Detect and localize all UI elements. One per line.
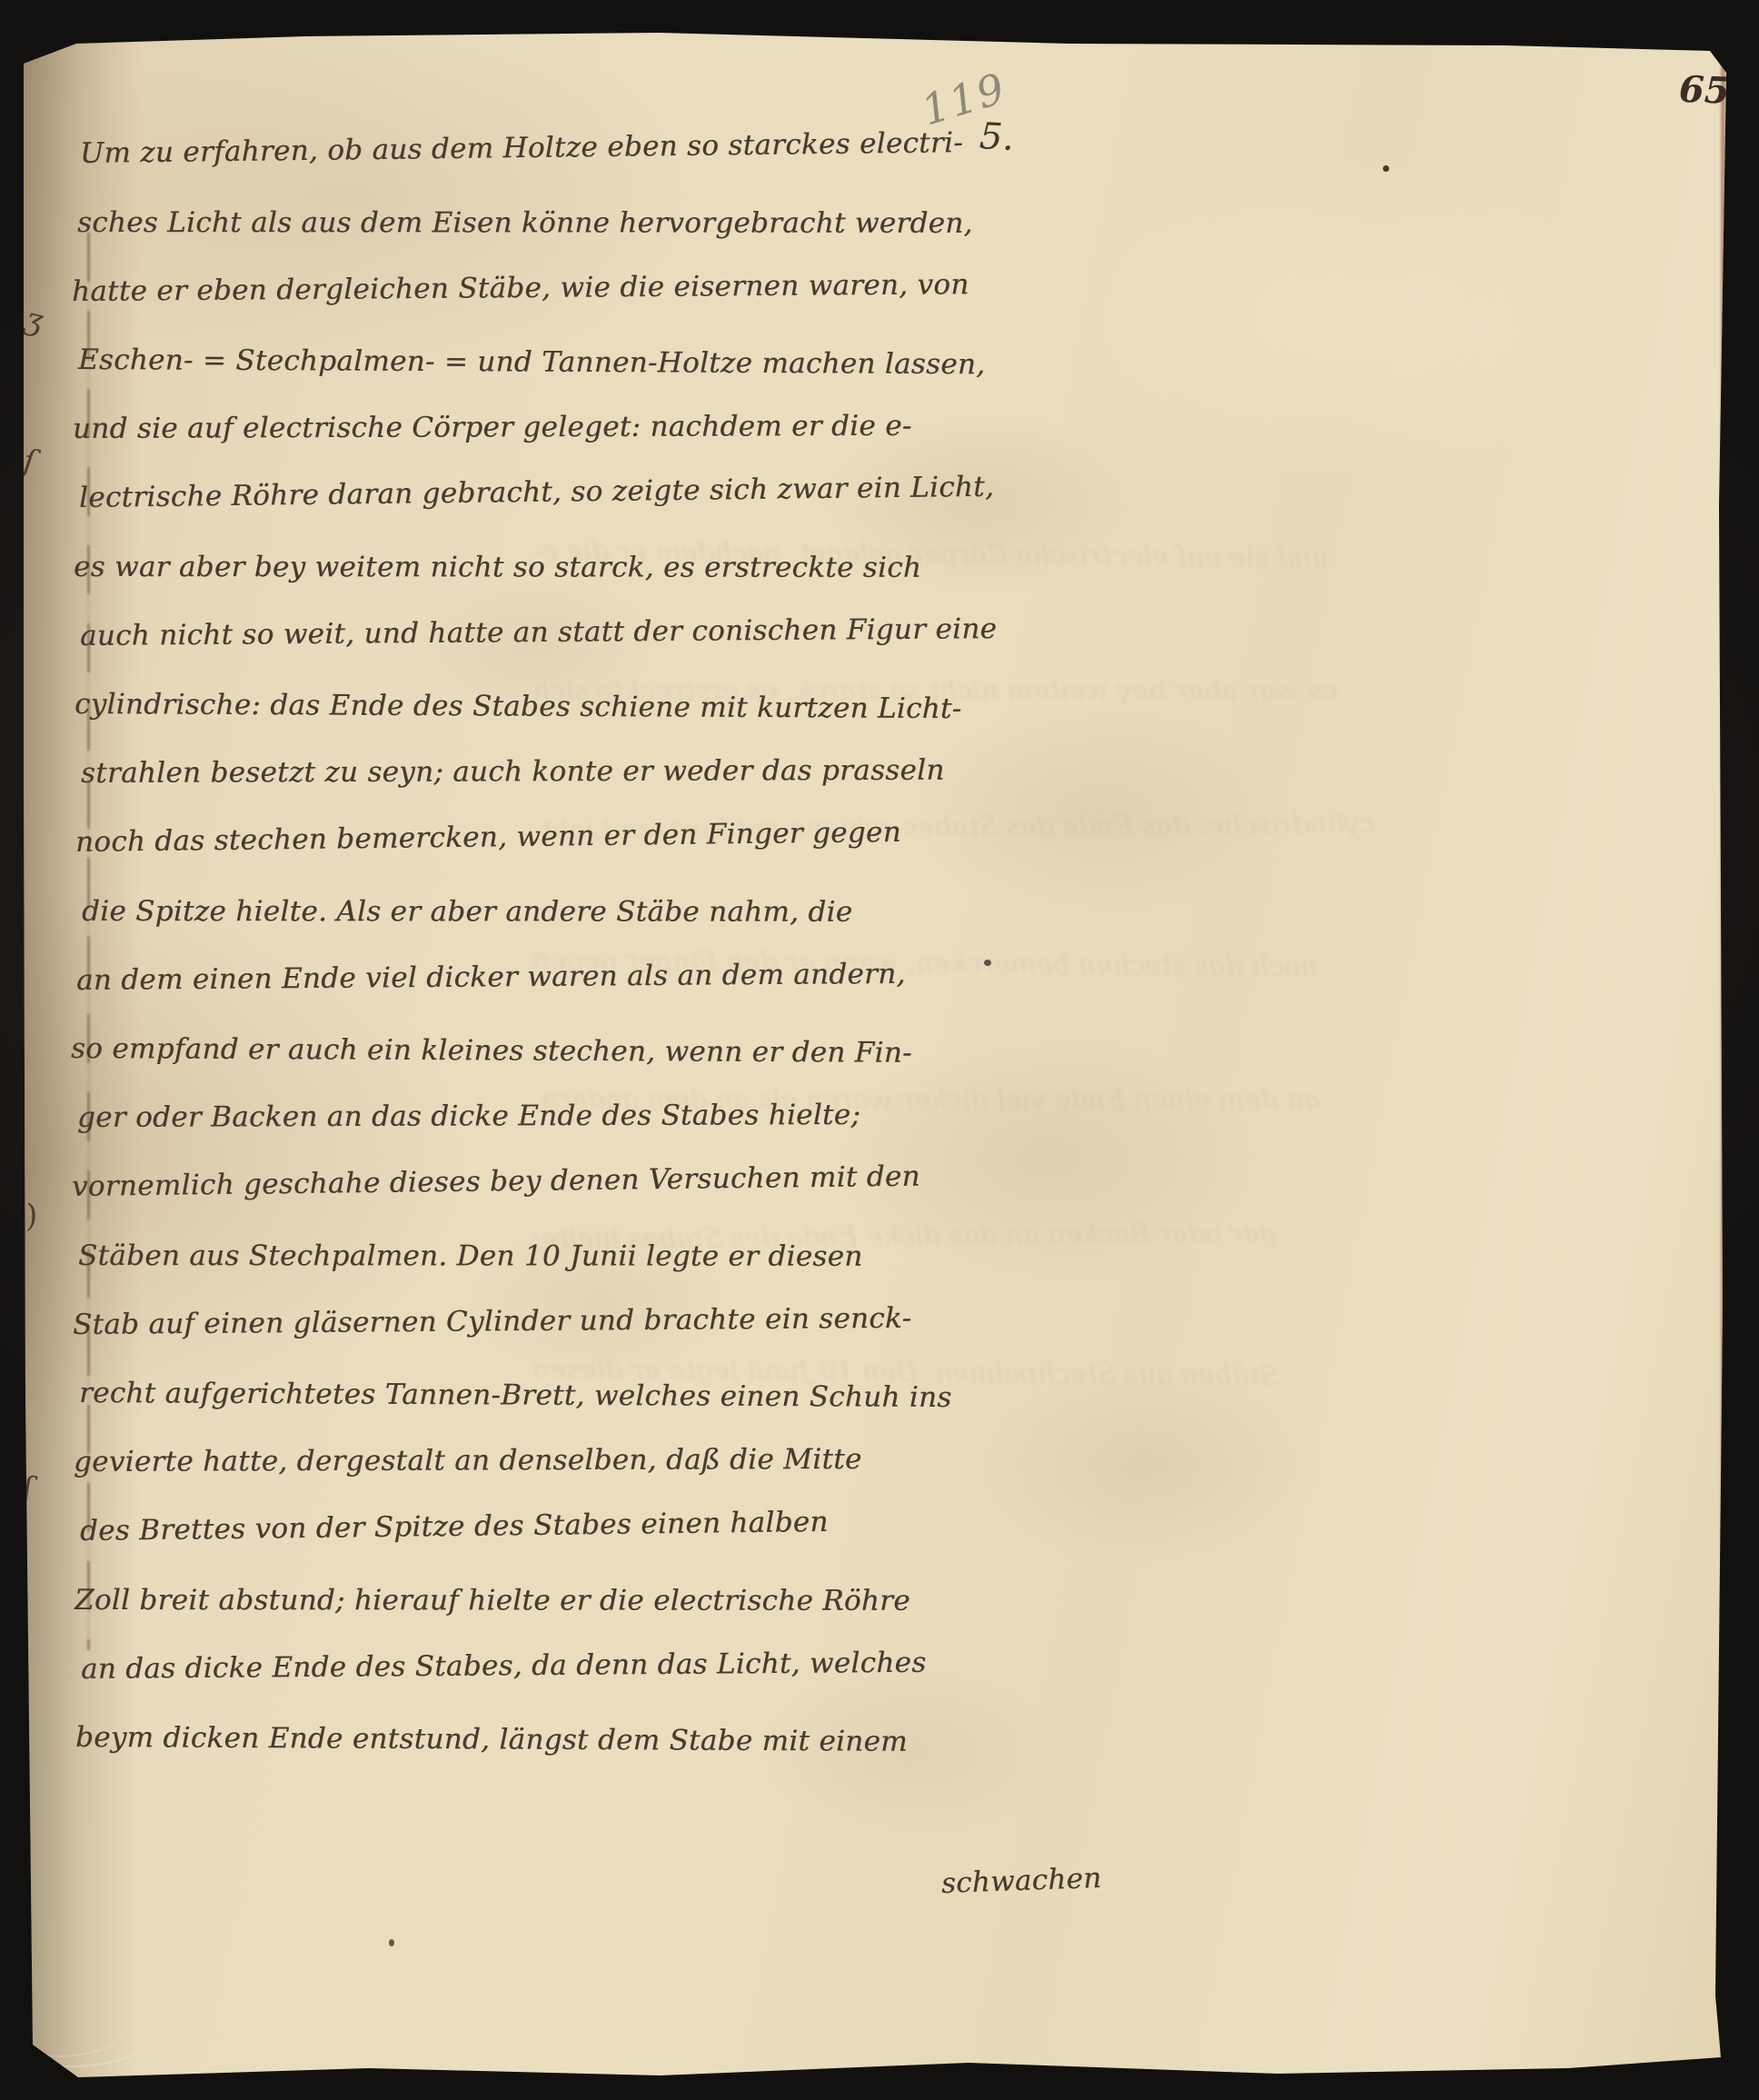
manuscript-line: Um zu erfahren, ob aus dem Holtze eben s… [80, 129, 963, 168]
manuscript-line: und sie auf electrische Cörper geleget: … [73, 413, 912, 443]
manuscript-line: Stab auf einen gläsernen Cylinder und br… [73, 1304, 912, 1339]
manuscript-line: an das dicke Ende des Stabes, da denn da… [81, 1648, 927, 1683]
manuscript-line: vornemlich geschahe dieses bey denen Ver… [72, 1163, 920, 1201]
leaf-edge [27, 2022, 149, 2072]
gutter-ink-mark: ʃ [22, 1470, 34, 1508]
manuscript-line: hatte er eben dergleichen Stäbe, wie die… [72, 271, 969, 306]
manuscript-line: ger oder Backen an das dicke Ende des St… [77, 1101, 860, 1132]
manuscript-line: es war aber bey weitem nicht so starck, … [74, 553, 921, 582]
folio-number: 65. [1678, 68, 1743, 113]
manuscript-line: cylindrische: das Ende des Stabes schien… [75, 691, 962, 723]
manuscript-line: beym dicken Ende entstund, längst dem St… [75, 1724, 908, 1757]
manuscript-line: an dem einen Ende viel dicker waren als … [76, 960, 906, 994]
manuscript-scan: 65. 119 5. und sie auf electrische Cörpe… [0, 0, 1759, 2100]
manuscript-page: 65. 119 5. und sie auf electrische Cörpe… [24, 33, 1726, 2079]
ink-speck [1383, 165, 1389, 172]
manuscript-line: recht aufgerichtetes Tannen-Brett, welch… [79, 1379, 952, 1412]
manuscript-line: noch das stechen bemercken, wenn er den … [75, 819, 901, 857]
manuscript-line: auch nicht so weit, und hatte an statt d… [80, 615, 997, 651]
section-number: 5. [979, 115, 1016, 159]
manuscript-line: lectrische Röhre daran gebracht, so zeig… [79, 473, 994, 513]
page-right-edge-tint [1721, 55, 1725, 2065]
manuscript-line: so empfand er auch ein kleines stechen, … [71, 1035, 912, 1068]
catchword: schwachen [940, 1865, 1102, 1898]
manuscript-line: des Brettes von der Spitze des Stabes ei… [80, 1508, 829, 1546]
gutter-ink-mark: ʒ [21, 300, 46, 339]
gutter-ink-mark: ) [23, 1197, 41, 1235]
manuscript-line: strahlen besetzt zu seyn; auch konte er … [81, 757, 945, 788]
manuscript-line: gevierte hatte, dergestalt an denselben,… [74, 1446, 862, 1477]
manuscript-line: Eschen- = Stechpalmen- = und Tannen-Holt… [78, 346, 986, 379]
page-corner-leaf-edges [29, 1963, 165, 2072]
manuscript-line: die Spitze hielte. Als er aber andere St… [82, 898, 852, 927]
leaf-edge [35, 2019, 125, 2063]
ink-speck [389, 1939, 394, 1946]
gutter-ink-mark: ſ [21, 443, 37, 480]
manuscript-line: Stäben aus Stechpalmen. Den 10 Junii leg… [78, 1242, 863, 1271]
manuscript-line: Zoll breit abstund; hierauf hielte er di… [75, 1587, 910, 1616]
manuscript-line: sches Licht als aus dem Eisen könne herv… [77, 209, 973, 238]
gutter-crease-line [87, 233, 90, 1650]
ink-speck [984, 960, 991, 966]
